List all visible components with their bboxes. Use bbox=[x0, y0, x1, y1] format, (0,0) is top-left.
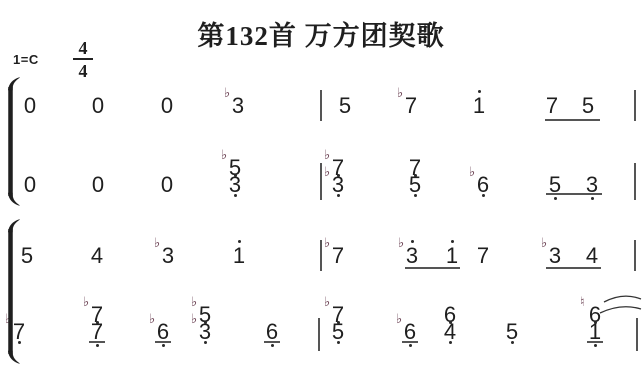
note-digit: 1 bbox=[471, 96, 487, 114]
flat-icon: ♭ bbox=[5, 314, 11, 326]
note-digit: 0 bbox=[90, 96, 106, 114]
note-digit: 6♭ bbox=[475, 175, 491, 193]
note-digit: 3♭ bbox=[547, 246, 563, 264]
octave-dot-below bbox=[594, 344, 597, 347]
note-digit: 5 bbox=[407, 175, 423, 193]
flat-icon: ♭ bbox=[149, 314, 155, 326]
note-digit: 0 bbox=[22, 175, 38, 193]
note-digit: 7 bbox=[475, 246, 491, 264]
octave-dot-below bbox=[18, 341, 21, 344]
octave-dot-below bbox=[337, 341, 340, 344]
note-digit: 6♭ bbox=[402, 322, 418, 340]
octave-dot-below bbox=[414, 194, 417, 197]
eighth-underline bbox=[587, 341, 603, 343]
barline bbox=[634, 240, 636, 271]
barline bbox=[634, 90, 636, 121]
flat-icon: ♭ bbox=[191, 314, 197, 326]
flat-icon: ♭ bbox=[221, 150, 227, 162]
flat-icon: ♭ bbox=[396, 314, 402, 326]
flat-icon: ♭ bbox=[541, 238, 547, 250]
note-digit: 6 bbox=[264, 322, 280, 340]
note-digit: 3♭ bbox=[230, 96, 246, 114]
octave-dot-above bbox=[451, 240, 454, 243]
note-digit: 0 bbox=[159, 96, 175, 114]
note-digit: 7 bbox=[89, 322, 105, 340]
barline bbox=[318, 318, 320, 351]
octave-dot-below bbox=[162, 344, 165, 347]
note-digit: 3♭ bbox=[330, 175, 346, 193]
note-digit: 1 bbox=[444, 246, 460, 264]
note-digit: 3♭ bbox=[160, 246, 176, 264]
note-digit: 7♭ bbox=[11, 322, 27, 340]
note-digit: 5 bbox=[504, 322, 520, 340]
flat-icon: ♭ bbox=[324, 167, 330, 179]
beam-underline bbox=[546, 267, 601, 269]
flat-icon: ♭ bbox=[224, 88, 230, 100]
note-digit: 3♭ bbox=[404, 246, 420, 264]
barline bbox=[634, 163, 636, 200]
note-digit: 5 bbox=[547, 175, 563, 193]
eighth-underline bbox=[89, 341, 105, 343]
octave-dot-above bbox=[411, 240, 414, 243]
eighth-underline bbox=[264, 341, 280, 343]
flat-icon: ♭ bbox=[83, 297, 89, 309]
note-digit: 4 bbox=[442, 322, 458, 340]
octave-dot-above bbox=[238, 240, 241, 243]
barline bbox=[320, 240, 322, 271]
note-digit: 5 bbox=[330, 322, 346, 340]
beam-underline bbox=[405, 267, 460, 269]
flat-icon: ♭ bbox=[398, 238, 404, 250]
flat-icon: ♭ bbox=[324, 297, 330, 309]
note-digit: 3♭ bbox=[197, 322, 213, 340]
score-canvas: 0003♭57♭1750005♭37♭3♭756♭53543♭17♭3♭173♭… bbox=[0, 0, 642, 374]
flat-icon: ♭ bbox=[191, 297, 197, 309]
sheet-music-page: 第132首 万方团契歌 1=C 4 4 0003♭57♭1750005♭37♭3… bbox=[0, 0, 642, 374]
octave-dot-below bbox=[337, 194, 340, 197]
octave-dot-below bbox=[511, 341, 514, 344]
note-digit: 1 bbox=[587, 322, 603, 340]
flat-icon: ♭ bbox=[324, 238, 330, 250]
octave-dot-below bbox=[449, 341, 452, 344]
octave-dot-below bbox=[482, 194, 485, 197]
octave-dot-below bbox=[96, 344, 99, 347]
octave-dot-below bbox=[554, 197, 557, 200]
natural-icon: ♮ bbox=[580, 297, 585, 309]
eighth-underline bbox=[155, 341, 171, 343]
barline bbox=[636, 318, 638, 351]
note-digit: 5 bbox=[19, 246, 35, 264]
note-digit: 7♭ bbox=[403, 96, 419, 114]
eighth-underline bbox=[402, 341, 418, 343]
note-digit: 0 bbox=[159, 175, 175, 193]
octave-dot-above bbox=[478, 90, 481, 93]
beam-underline bbox=[545, 119, 600, 121]
barline bbox=[320, 90, 322, 121]
note-digit: 7♭ bbox=[330, 246, 346, 264]
note-digit: 0 bbox=[90, 175, 106, 193]
octave-dot-below bbox=[234, 194, 237, 197]
note-digit: 3 bbox=[584, 175, 600, 193]
note-digit: 5 bbox=[337, 96, 353, 114]
flat-icon: ♭ bbox=[397, 88, 403, 100]
note-digit: 0 bbox=[22, 96, 38, 114]
octave-dot-below bbox=[271, 344, 274, 347]
beam-underline bbox=[546, 193, 602, 195]
note-digit: 7 bbox=[544, 96, 560, 114]
note-digit: 5 bbox=[580, 96, 596, 114]
flat-icon: ♭ bbox=[469, 167, 475, 179]
note-digit: 4 bbox=[89, 246, 105, 264]
octave-dot-below bbox=[204, 341, 207, 344]
octave-dot-below bbox=[409, 344, 412, 347]
barline bbox=[320, 163, 322, 200]
flat-icon: ♭ bbox=[324, 150, 330, 162]
note-digit: 1 bbox=[231, 246, 247, 264]
flat-icon: ♭ bbox=[154, 238, 160, 250]
note-digit: 3 bbox=[227, 175, 243, 193]
octave-dot-below bbox=[591, 197, 594, 200]
note-digit: 4 bbox=[584, 246, 600, 264]
note-digit: 6♭ bbox=[155, 322, 171, 340]
